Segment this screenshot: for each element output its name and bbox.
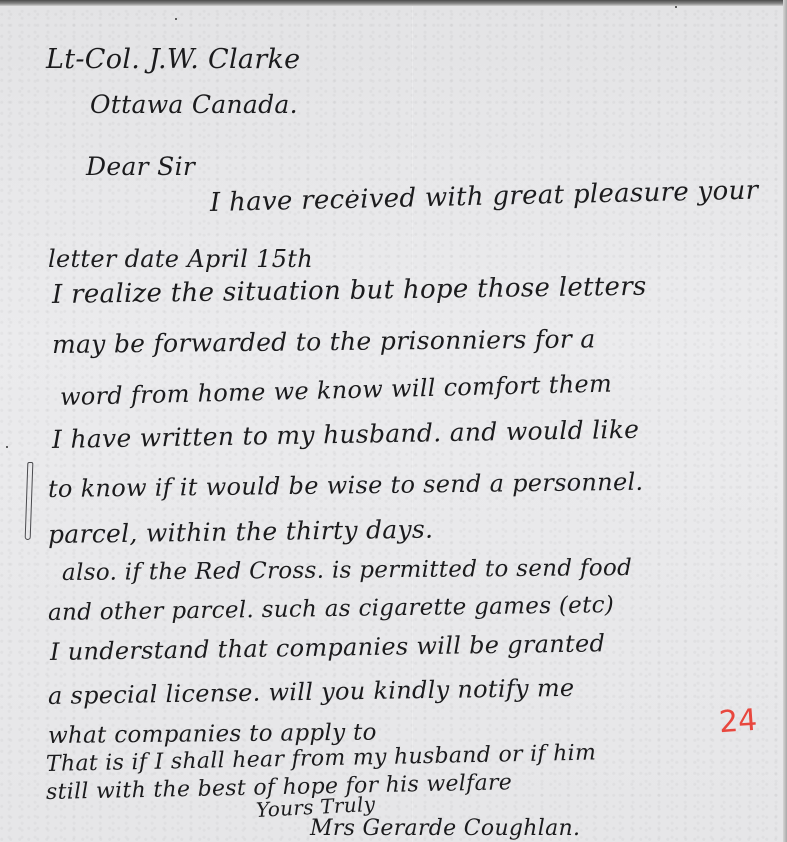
page-right-edge (783, 0, 787, 842)
addressee-name: Lt-Col. J.W. Clarke (46, 44, 300, 75)
page-top-edge (0, 0, 787, 6)
signature: Mrs Gerarde Coughlan. (310, 816, 580, 841)
archive-page-number: 24 (718, 703, 759, 741)
body-line: also. if the Red Cross. is permitted to … (62, 555, 632, 586)
ink-speck (6, 446, 8, 448)
body-line: parcel, within the thirty days. (48, 515, 434, 549)
body-line: what companies to apply to (48, 720, 377, 749)
addressee-location: Ottawa Canada. (90, 90, 298, 119)
body-line: may be forwarded to the prisonniers for … (52, 324, 596, 359)
salutation: Dear Sir (86, 152, 195, 181)
body-line: letter date April 15th (48, 245, 313, 273)
ink-speck (175, 18, 177, 20)
ink-speck (675, 6, 677, 8)
